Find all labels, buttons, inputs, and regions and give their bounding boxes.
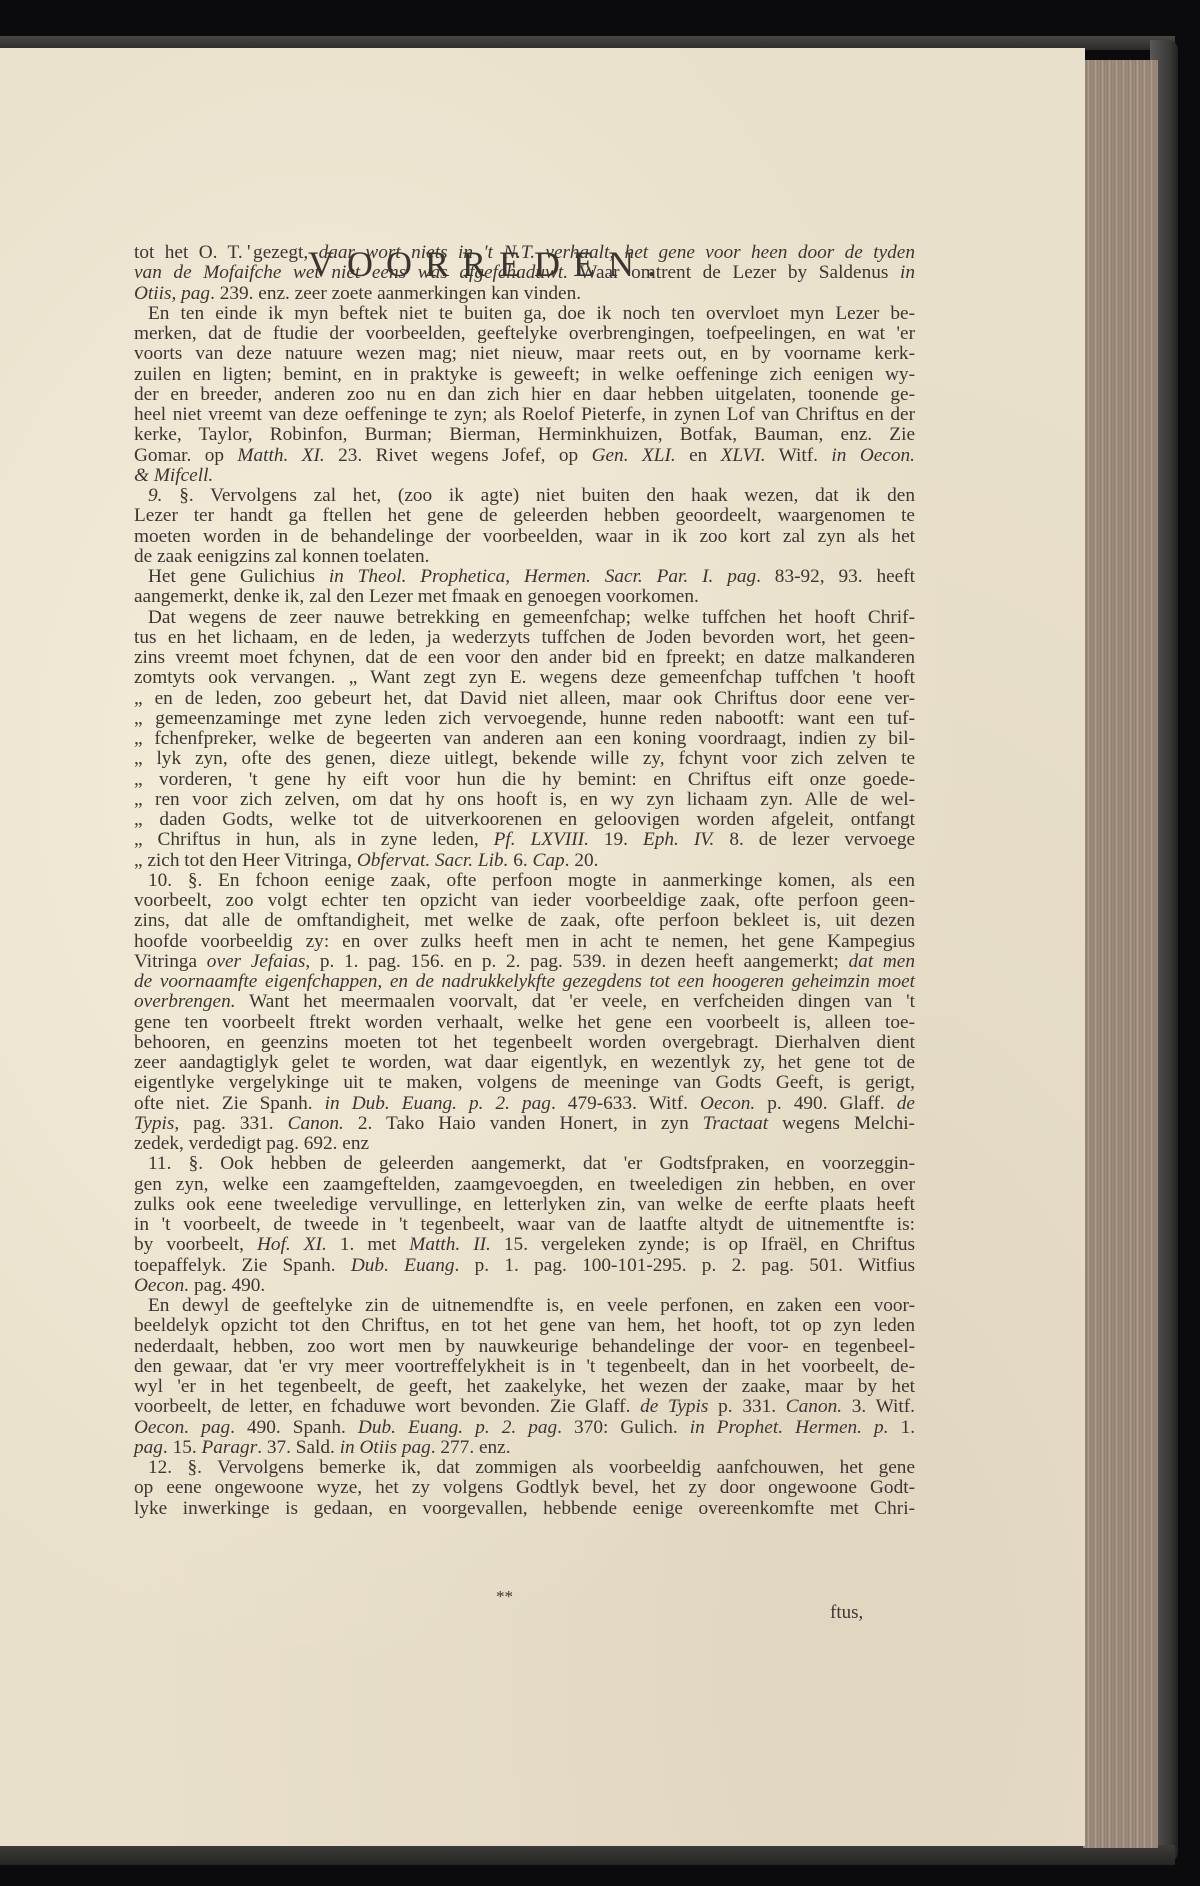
text-line: zulks ook eene tweeledige vervullinge, e… [134, 1195, 915, 1215]
page-block-edges [1083, 60, 1158, 1848]
text-line: in 't voorbeelt, de tweede in 't tegenbe… [134, 1215, 915, 1235]
body-text: tot het O. T. gezegt, daar wort niets in… [134, 243, 915, 1519]
text-line: kerke, Taylor, Robinfon, Burman; Bierman… [134, 425, 915, 445]
text-line: „ zich tot den Heer Vitringa, Obfervat. … [134, 851, 915, 871]
text-line: voorts van deze natuure wezen mag; niet … [134, 344, 915, 364]
text-line: zedek, verdedigt pag. 692. enz [134, 1134, 915, 1154]
text-line: Vitringa over Jefaias, p. 1. pag. 156. e… [134, 952, 915, 972]
text-line: En dewyl de geeftelyke zin de uitnemendf… [134, 1296, 915, 1316]
text-line: aangemerkt, denke ik, zal den Lezer met … [134, 587, 915, 607]
text-line: 10. §. En fchoon eenige zaak, ofte perfo… [134, 871, 915, 891]
text-line: Lezer ter handt ga ftellen het gene de g… [134, 506, 915, 526]
text-line: „ en de leden, zoo gebeurt het, dat Davi… [134, 689, 915, 709]
text-line: 12. §. Vervolgens bemerke ik, dat zommig… [134, 1458, 915, 1478]
text-line: Het gene Gulichius in Theol. Prophetica,… [134, 567, 915, 587]
text-line: zins, dat alle de omftandigheit, met wel… [134, 911, 915, 931]
text-line: „ fchenfpreker, welke de begeerten van a… [134, 729, 915, 749]
text-line: heel niet vreemt van deze oeffeninge te … [134, 405, 915, 425]
text-line: ofte niet. Zie Spanh. in Dub. Euang. p. … [134, 1094, 915, 1114]
text-line: 9. §. Vervolgens zal het, (zoo ik agte) … [134, 486, 915, 506]
book-cover-bottom-edge [0, 1845, 1175, 1865]
text-line: En ten einde ik myn beftek niet te buite… [134, 304, 915, 324]
text-line: behooren, en geenzins moeten tot het teg… [134, 1033, 915, 1053]
text-line: „ gemeenzaminge met zyne leden zich verv… [134, 709, 915, 729]
text-line: tot het O. T. gezegt, daar wort niets in… [134, 243, 915, 263]
text-line: zomtyts ook vervangen. „ Want zegt zyn E… [134, 668, 915, 688]
text-line: gen zyn, welke een zaamgeftelden, zaamge… [134, 1175, 915, 1195]
text-line: „ lyk zyn, ofte des genen, dieze uitlegt… [134, 749, 915, 769]
text-line: nederdaalt, hebben, zoo wort men by nauw… [134, 1337, 915, 1357]
text-line: tus en het lichaam, en de leden, ja wede… [134, 628, 915, 648]
text-line: Typis, pag. 331. Canon. 2. Tako Haio van… [134, 1114, 915, 1134]
text-line: zuilen en ligten; bemint, en in praktyke… [134, 365, 915, 385]
text-line: Oecon. pag. 490. Spanh. Dub. Euang. p. 2… [134, 1418, 915, 1438]
text-line: eigentlyke vergelykinge uit te maken, vo… [134, 1073, 915, 1093]
text-line: overbrengen. Want het meermaalen voorval… [134, 992, 915, 1012]
signature-mark: ** [496, 1587, 513, 1607]
text-line: „ daden Godts, welke tot de uitverkooren… [134, 810, 915, 830]
text-line: pag. 15. Paragr. 37. Sald. in Otiis pag.… [134, 1438, 915, 1458]
text-line: 11. §. Ook hebben de geleerden aangemerk… [134, 1154, 915, 1174]
text-line: toepaffelyk. Zie Spanh. Dub. Euang. p. 1… [134, 1256, 915, 1276]
text-line: hoofde voorbeeldig zy: en over zulks hee… [134, 932, 915, 952]
text-line: Dat wegens de zeer nauwe betrekking en g… [134, 608, 915, 628]
text-line: voorbeelt, zoo volgt echter ten opzicht … [134, 891, 915, 911]
text-line: lyke inwerkinge is gedaan, en voorgevall… [134, 1499, 915, 1519]
text-line: Gomar. op Matth. XI. 23. Rivet wegens Jo… [134, 446, 915, 466]
text-line: de voornaamfte eigenfchappen, en de nadr… [134, 972, 915, 992]
text-line: by voorbeelt, Hof. XI. 1. met Matth. II.… [134, 1235, 915, 1255]
text-line: „ ren voor zich zelven, om dat hy ons ho… [134, 790, 915, 810]
text-line: merken, dat de ftudie der voorbeelden, g… [134, 324, 915, 344]
text-line: van de Mofaifche wet niet eens was afgef… [134, 263, 915, 283]
text-line: de zaak eenigzins zal konnen toelaten. [134, 547, 915, 567]
text-line: „ Chriftus in hun, als in zyne leden, Pf… [134, 830, 915, 850]
catchword: ftus, [830, 1602, 863, 1624]
text-line: & Mifcell. [134, 466, 915, 486]
text-line: zins vreemt moet fchynen, dat de een voo… [134, 648, 915, 668]
text-line: op eene ongewoone wyze, het zy volgens G… [134, 1478, 915, 1498]
text-line: wyl 'er in het tegenbeelt, de geeft, het… [134, 1377, 915, 1397]
text-line: gene ten voorbeelt ftrekt worden verhaal… [134, 1013, 915, 1033]
text-line: den gewaar, dat 'er vry meer voortreffel… [134, 1357, 915, 1377]
text-line: Oecon. pag. 490. [134, 1276, 915, 1296]
text-line: moeten worden in de behandelinge der voo… [134, 527, 915, 547]
text-line: beeldelyk opzicht tot den Chriftus, en t… [134, 1316, 915, 1336]
text-line: zeer aandagtiglyk gelet te worden, wat d… [134, 1053, 915, 1073]
text-line: voorbeelt, de letter, en fchaduwe wort b… [134, 1397, 915, 1417]
text-line: der en breeder, anderen zoo nu en dan zi… [134, 385, 915, 405]
text-line: „ vorderen, 't gene hy eift voor hun die… [134, 770, 915, 790]
text-line: Otiis, pag. 239. enz. zeer zoete aanmerk… [134, 284, 915, 304]
